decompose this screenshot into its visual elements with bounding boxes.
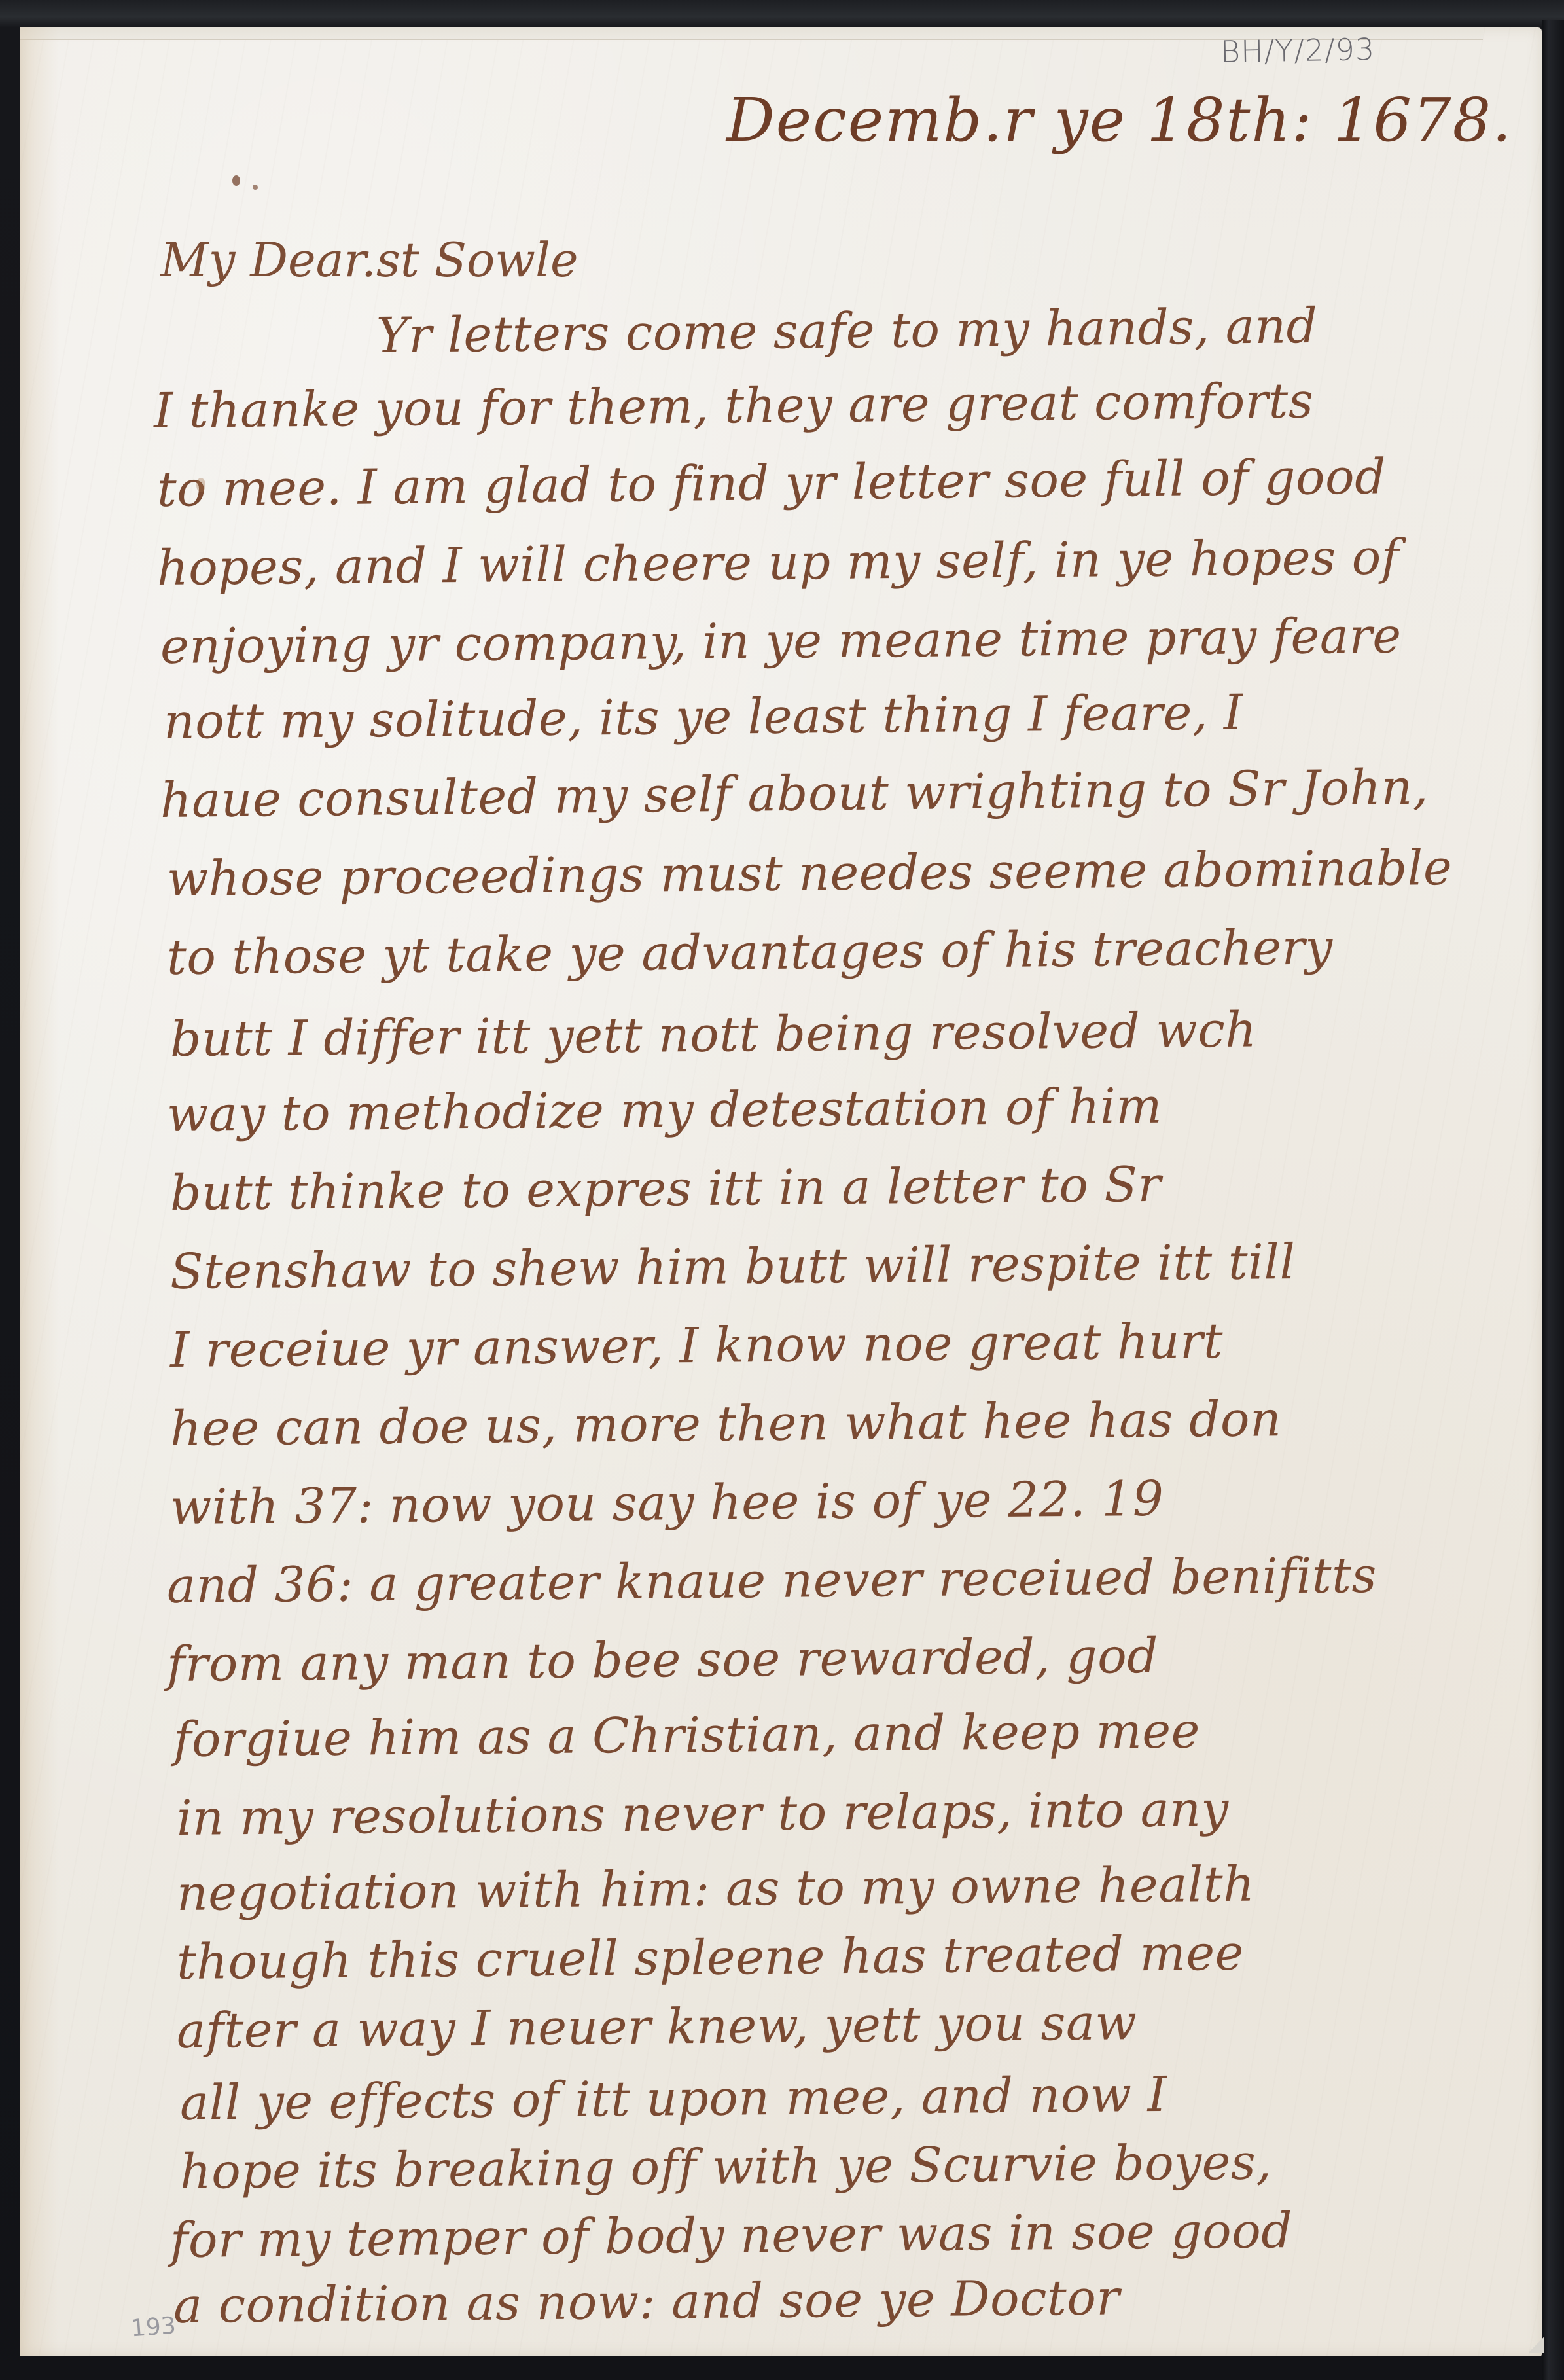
letter-line: butt I differ itt yett nott being resolv… [170, 1002, 1257, 1068]
letter-line: haue consulted my self about wrighting t… [160, 759, 1429, 829]
letter-line: in my resolutions never to relaps, into … [177, 1781, 1230, 1847]
letter-line: Yr letters come safe to my hands, and [376, 298, 1318, 364]
letter-line: enjoying yr company, in ye meane time pr… [160, 607, 1402, 675]
letter-line: whose proceedings must needes seeme abom… [167, 840, 1453, 907]
letter-line: after a way I neuer knew, yett you saw [177, 1994, 1137, 2059]
letter-line: from any man to bee soe rewarded, god [167, 1628, 1159, 1693]
ink-blot [232, 175, 240, 186]
letter-line: negotiation with him: as to my owne heal… [177, 1856, 1255, 1922]
letter-line: butt thinke to expres itt in a letter to… [170, 1157, 1162, 1221]
letter-line: way to methodize my detestation of him [167, 1078, 1163, 1143]
letter-line: I thanke you for them, they are great co… [154, 373, 1314, 439]
paper-stain [196, 478, 205, 492]
letter-line: a condition as now: and soe ye Doctor [173, 2269, 1120, 2334]
letter-line: forgiue him as a Christian, and keep mee [173, 1703, 1201, 1768]
letter-line: and 36: a greater knaue never receiued b… [167, 1547, 1377, 1614]
letter-line: hopes, and I will cheere up my self, in … [157, 529, 1400, 596]
letter-line: with 37: now you say hee is of ye 22. 19 [170, 1471, 1164, 1536]
letter-line: for my temper of body never was in soe g… [170, 2203, 1293, 2269]
letter-line: nott my solitude, its ye least thing I f… [164, 685, 1243, 750]
letter-line: I receiue yr answer, I know noe great hu… [170, 1313, 1224, 1379]
letter-line: hee can doe us, more then what hee has d… [170, 1391, 1282, 1457]
letter-body: Yr letters come safe to my hands, and I … [0, 0, 1564, 2380]
letter-line: hope its breaking off with ye Scurvie bo… [180, 2134, 1272, 2200]
letter-line: Stenshaw to shew him butt will respite i… [170, 1234, 1296, 1300]
folio-number: 193 [130, 2313, 177, 2343]
letter-line: all ye effects of itt upon mee, and now … [180, 2066, 1167, 2131]
letter-line: though this cruell spleene has treated m… [177, 1925, 1245, 1991]
letter-line: to those yt take ye advantages of his tr… [167, 919, 1333, 986]
paper-corner-fold [1529, 2337, 1544, 2353]
letter-line: to mee. I am glad to find yr letter soe … [157, 448, 1387, 518]
ink-blot [253, 185, 258, 190]
